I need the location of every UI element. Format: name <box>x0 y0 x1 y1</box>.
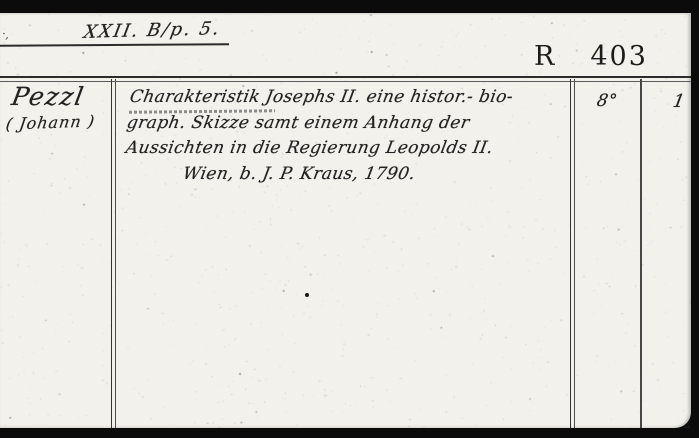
shelf-mark: XXII. B/p. 5. <box>82 18 223 43</box>
author-column-divider <box>111 79 116 428</box>
volume-column-divider <box>640 79 642 428</box>
margin-ink-marks: ·, <box>1 26 11 41</box>
volume-count: 1 <box>671 91 687 112</box>
scanned-catalog-card: ·, XXII. B/p. 5. R 403 Pezzl ( Johann ) … <box>0 0 699 438</box>
format-mark: 8° <box>595 91 619 111</box>
call-number-digits: 403 <box>590 41 648 72</box>
call-letter: R <box>534 41 556 72</box>
title-line-1: Charakteristik Josephs II. eine histor.-… <box>128 87 515 107</box>
title-line-3: Aussichten in die Regierung Leopolds II. <box>124 138 494 158</box>
shelf-mark-underline <box>0 43 229 47</box>
author-forename: ( Johann ) <box>5 111 97 133</box>
title-line-2: graph. Skizze samt einem Anhang der <box>125 113 471 133</box>
call-number: R 403 <box>534 41 648 72</box>
imprint-line: Wien, b. J. P. Kraus, 1790. <box>181 164 417 184</box>
author-surname: Pezzl <box>9 82 86 111</box>
card-paper: ·, XXII. B/p. 5. R 403 Pezzl ( Johann ) … <box>0 13 691 428</box>
ink-speck <box>305 293 309 297</box>
format-column-divider <box>570 79 575 428</box>
table-top-rule <box>0 76 691 82</box>
